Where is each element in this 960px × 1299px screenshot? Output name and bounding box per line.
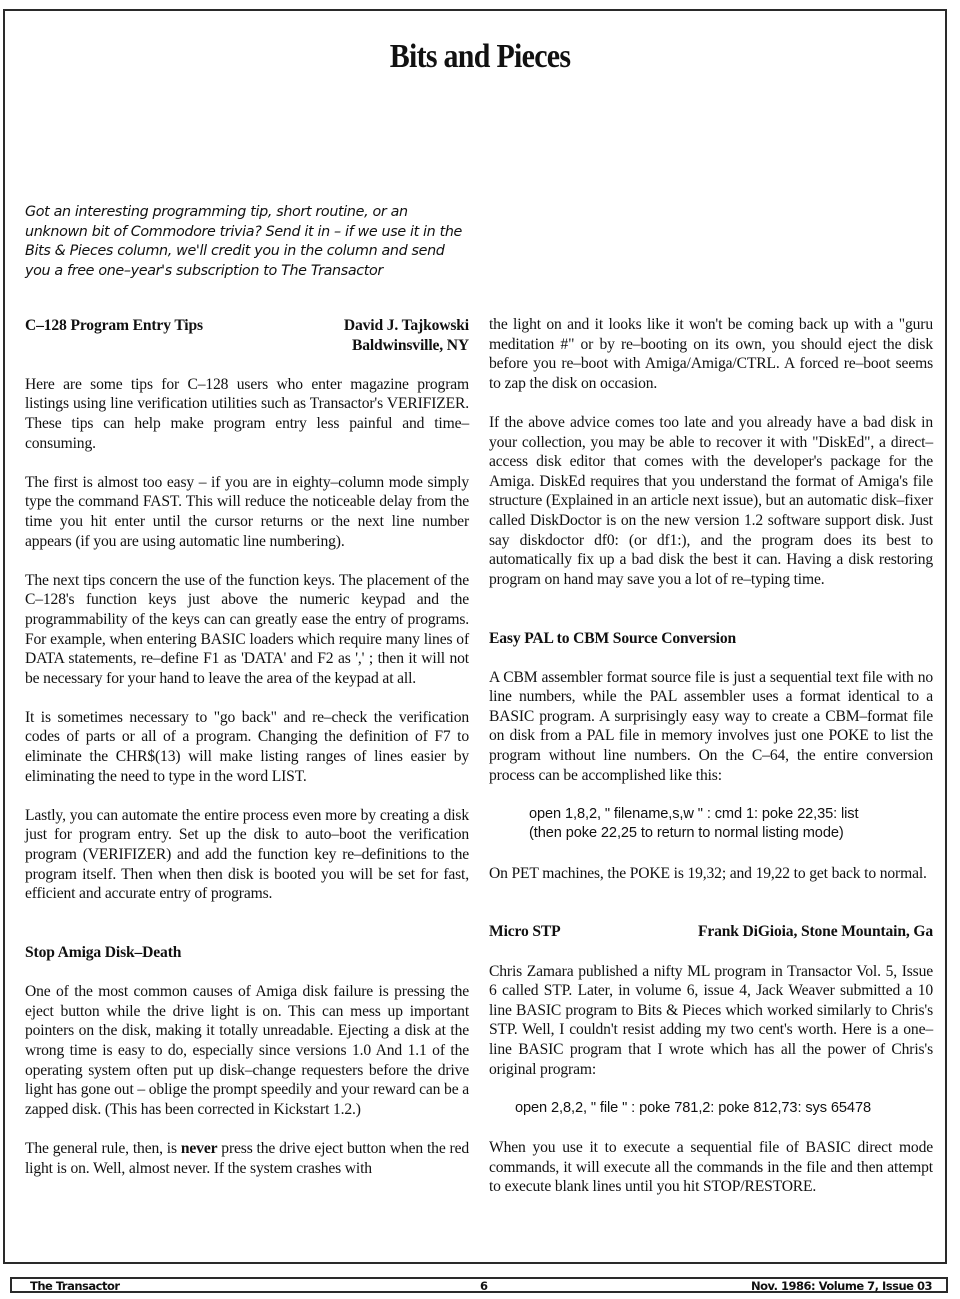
author-name: David J. Tajkowski: [344, 317, 469, 334]
article-header-microstp: Micro STP Frank DiGioia, Stone Mountain,…: [489, 922, 933, 942]
paragraph: A CBM assembler format source file is ju…: [489, 668, 933, 786]
code-line: (then poke 22,25 to return to normal lis…: [529, 824, 933, 844]
paragraph: the light on and it looks like it won't …: [489, 315, 933, 393]
paragraph: The next tips concern the use of the fun…: [25, 571, 469, 689]
paragraph: Here are some tips for C–128 users who e…: [25, 375, 469, 453]
paragraph: The first is almost too easy – if you ar…: [25, 473, 469, 551]
article-heading: Easy PAL to CBM Source Conversion: [489, 629, 736, 649]
paragraph: It is sometimes necessary to "go back" a…: [25, 708, 469, 786]
article-byline: Frank DiGioia, Stone Mountain, Ga: [698, 922, 933, 942]
article-header-c128: C–128 Program Entry Tips David J. Tajkow…: [25, 316, 469, 355]
paragraph: On PET machines, the POKE is 19,32; and …: [489, 864, 933, 884]
author-location: Baldwinsville, NY: [352, 337, 469, 354]
code-line: open 1,8,2, " filename,s,w " : cmd 1: po…: [529, 805, 933, 825]
footer-page-number: 6: [480, 1280, 488, 1292]
article-byline: David J. Tajkowski Baldwinsville, NY: [344, 316, 469, 355]
left-column: C–128 Program Entry Tips David J. Tajkow…: [25, 316, 469, 1198]
article-header-amiga: Stop Amiga Disk–Death: [25, 943, 469, 963]
article-heading: Micro STP: [489, 922, 561, 942]
code-line: open 2,8,2, " file " : poke 781,2: poke …: [515, 1099, 933, 1119]
article-header-pal: Easy PAL to CBM Source Conversion: [489, 629, 933, 649]
paragraph: Chris Zamara published a nifty ML progra…: [489, 962, 933, 1080]
intro-blurb: Got an interesting programming tip, shor…: [25, 203, 470, 281]
emphasis-never: never: [181, 1140, 217, 1157]
paragraph: One of the most common causes of Amiga d…: [25, 982, 469, 1119]
paragraph: When you use it to execute a sequential …: [489, 1138, 933, 1197]
code-listing: open 1,8,2, " filename,s,w " : cmd 1: po…: [489, 805, 933, 844]
article-heading: Stop Amiga Disk–Death: [25, 943, 181, 963]
paragraph: The general rule, then, is never press t…: [25, 1139, 469, 1178]
page-title: Bits and Pieces: [58, 38, 903, 76]
paragraph: If the above advice comes too late and y…: [489, 413, 933, 589]
right-column: the light on and it looks like it won't …: [489, 315, 933, 1216]
text-run: The general rule, then, is: [25, 1140, 181, 1157]
footer-publication: The Transactor: [30, 1280, 120, 1292]
code-listing: open 2,8,2, " file " : poke 781,2: poke …: [489, 1099, 933, 1119]
article-heading: C–128 Program Entry Tips: [25, 316, 203, 336]
page-footer: The Transactor 6 Nov. 1986: Volume 7, Is…: [10, 1277, 948, 1293]
paragraph: Lastly, you can automate the entire proc…: [25, 806, 469, 904]
footer-issue: Nov. 1986: Volume 7, Issue 03: [751, 1280, 932, 1292]
